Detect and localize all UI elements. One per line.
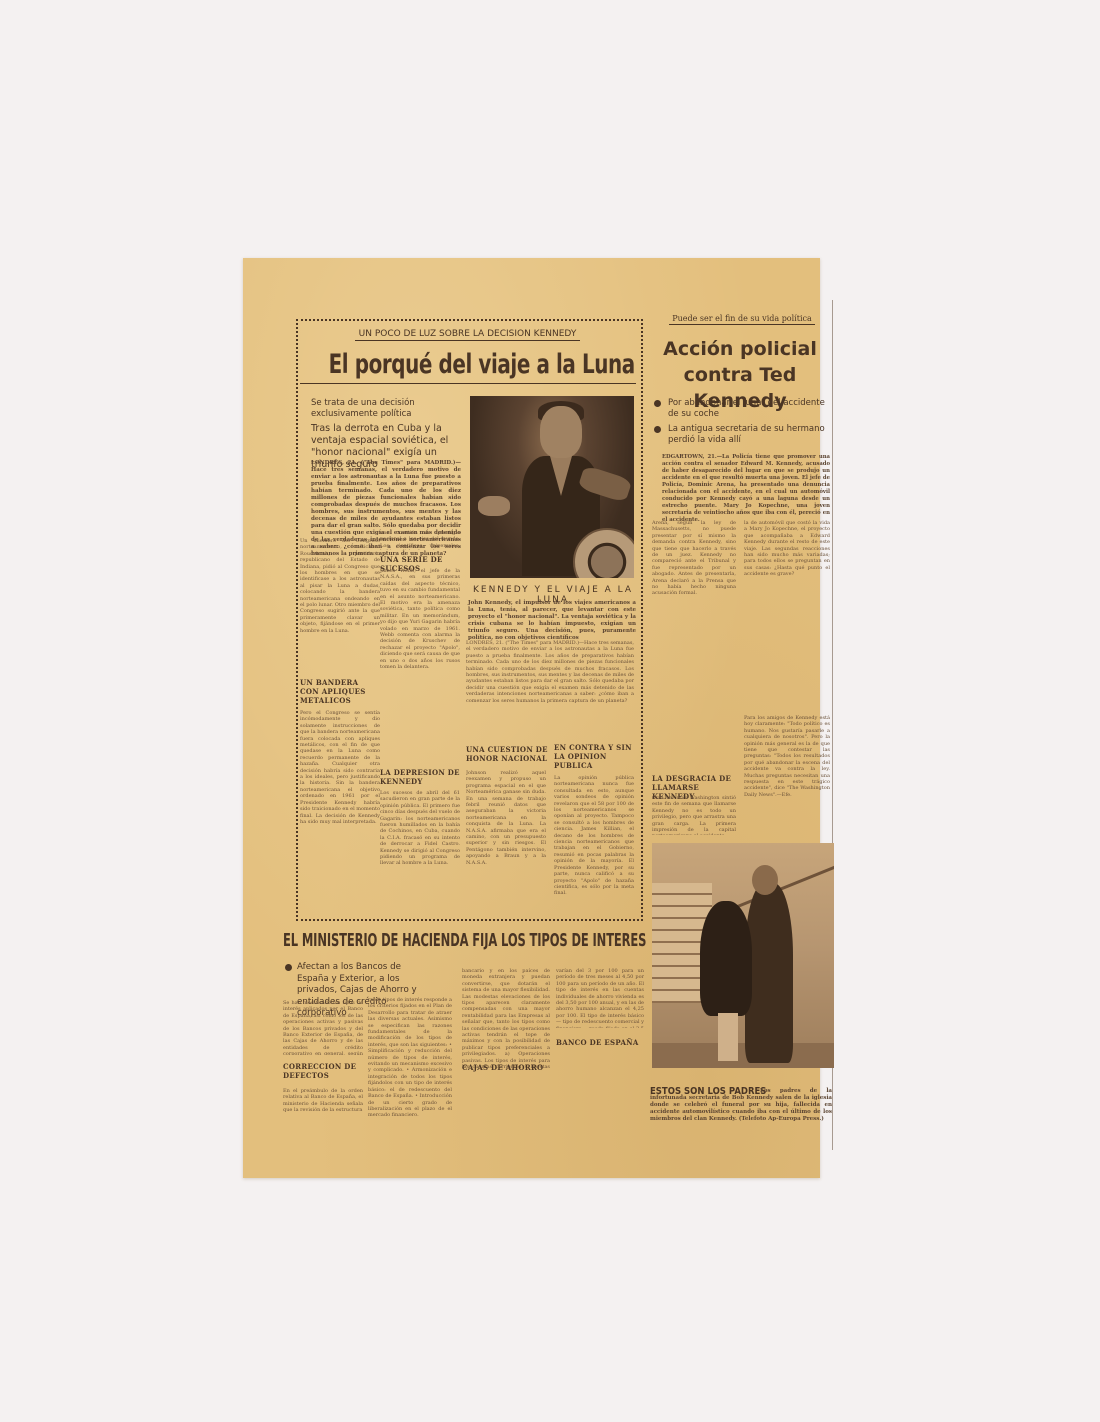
article-column: Johnson realizó aquel reexamen y propuso… [466, 770, 546, 910]
subhead-opinion: EN CONTRA Y SIN LA OPINION PUBLICA [554, 743, 634, 770]
kicker-text: UN POCO DE LUZ SOBRE LA DECISION KENNEDY [355, 329, 581, 341]
article-column: una cuestión de prestigio nacional a los… [380, 530, 460, 550]
parents-funeral-photo [652, 843, 834, 1068]
article-column: James Webb, el jefe de la N.A.S.A., en s… [380, 568, 460, 763]
headline-line-1: Acción policial [648, 336, 832, 362]
side-column: la de automóvil que costó la vida a Mary… [744, 520, 830, 710]
bottom-subhead: CAJAS DE AHORRO [462, 1063, 550, 1072]
side-article-kicker: Puede ser el fin de su vida política [652, 314, 832, 323]
main-article-headline: El porqué del viaje a la Luna [329, 349, 608, 380]
bullet-dot-icon [654, 426, 661, 433]
subhead-honor: UNA CUESTION DE HONOR NACIONAL [466, 745, 551, 763]
main-article-kicker: UN POCO DE LUZ SOBRE LA DECISION KENNEDY [300, 329, 635, 339]
article-column: Los sucesos de abril del 61 sacudieron e… [380, 790, 460, 910]
main-article-deck-1: Se trata de una decisión exclusivamente … [311, 398, 461, 420]
bottom-column: En el preámbulo de la orden relativa al … [283, 1088, 363, 1113]
kicker-text: Puede ser el fin de su vida política [669, 314, 815, 325]
side-bullet: Por abandonar el lugar del accidente de … [668, 398, 828, 420]
article-column-continuation: LONDRES, 21. ("The Times" para MADRID.)—… [466, 640, 634, 740]
side-column: Otra vez más Washington sintió este fin … [652, 795, 736, 835]
side-bullet: La antigua secretaria de su hermano perd… [668, 424, 828, 446]
article-column: Un miembro del Congreso norteamericano, … [300, 538, 380, 673]
bottom-subhead: CORRECCION DE DEFECTOS [283, 1062, 363, 1080]
side-article-lead: EDGARTOWN, 21.—La Policía tiene que prom… [662, 454, 830, 524]
subhead-depresion: LA DEPRESION DE KENNEDY [380, 768, 460, 786]
article-column: La opinión pública norteamericana nunca … [554, 775, 634, 910]
photo-caption-body: John Kennedy, el impulsor de los viajes … [468, 600, 636, 642]
kennedy-podium-photo [470, 396, 634, 578]
bullet-dot-icon [285, 964, 292, 971]
bottom-subhead: BANCO DE ESPAÑA [556, 1038, 644, 1047]
subhead-bandera: UN BANDERA CON APLIQUES METALICOS [300, 678, 380, 705]
bottom-article-headline: EL MINISTERIO DE HACIENDA FIJA LOS TIPOS… [283, 930, 517, 951]
bottom-column: Se han modificado los tipos de interés a… [283, 1000, 363, 1055]
headline-rule [300, 383, 636, 384]
bottom-column: bancario y en los paíces de moneda extra… [462, 968, 550, 1068]
bottom-column: ra de tipos de interés responde a los cr… [368, 997, 452, 1117]
side-column: Arena, según la ley de Massachusetts, no… [652, 520, 736, 710]
side-column: Para los amigos de Kennedy está hoy clar… [744, 715, 830, 835]
bullet-dot-icon [654, 400, 661, 407]
photo-caption-body: Los padres de la infortunada secretaria … [650, 1088, 832, 1123]
bottom-column: varían del 3 por 100 para un período de … [556, 968, 644, 1028]
article-column: Pero el Congreso se sentía incómodamente… [300, 710, 380, 910]
